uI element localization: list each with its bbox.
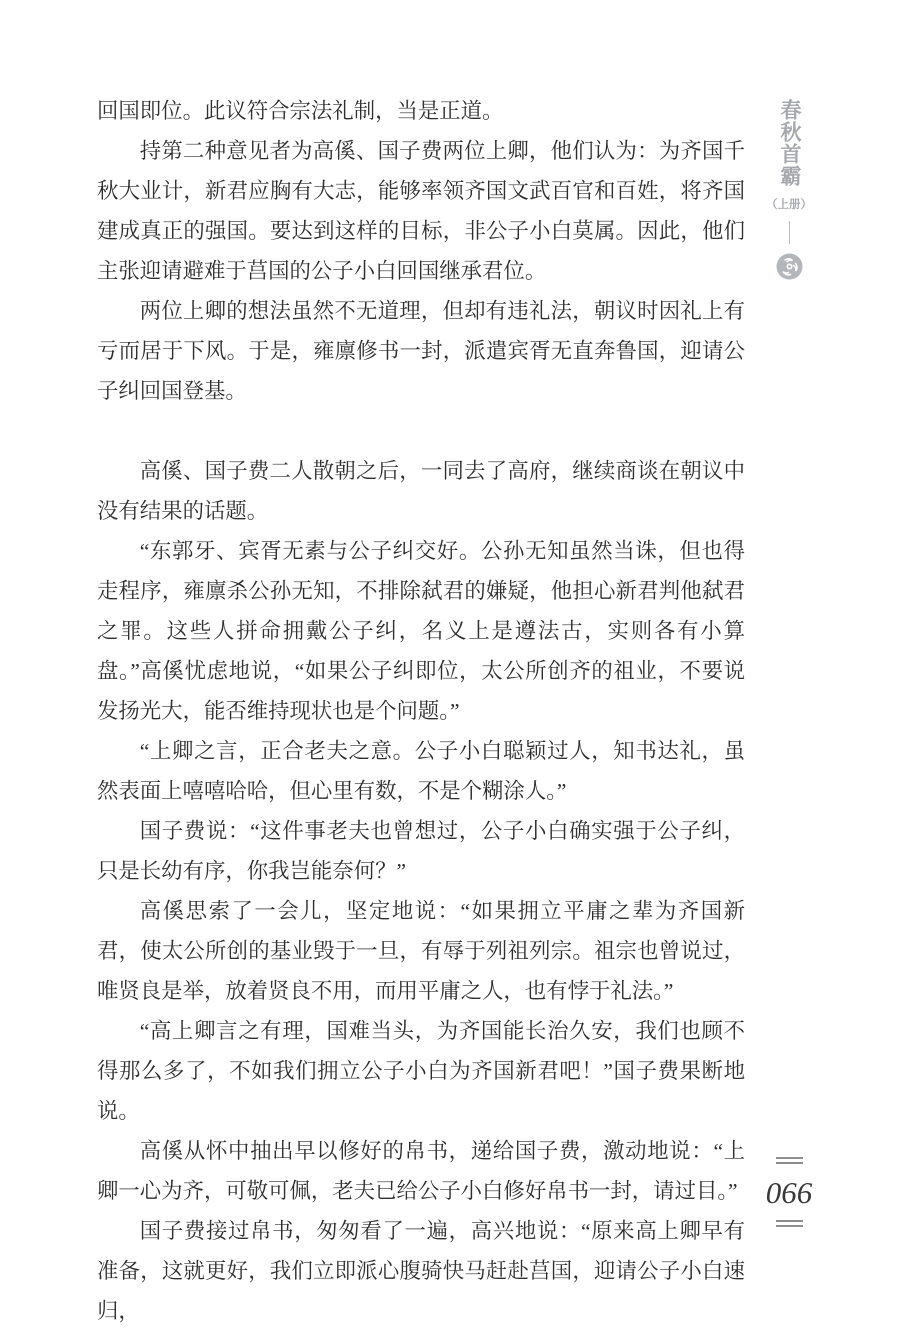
paragraph: 高傒思索了一会儿，坚定地说：“如果拥立平庸之辈为齐国新君，使太公所创的基业毁于一… <box>97 891 745 1011</box>
book-title-vertical: 春秋首霸 <box>774 99 804 187</box>
paragraph: 国子费说：“这件事老夫也曾想过，公子小白确实强于公子纠，只是长幼有序，你我岂能奈… <box>97 811 745 891</box>
folio-rule-bottom <box>776 1220 803 1227</box>
paragraph: 国子费接过帛书，匆匆看了一遍，高兴地说：“原来高上卿早有准备，这就更好，我们立即… <box>97 1211 745 1331</box>
paragraph: 两位上卿的想法虽然不无道理，但却有违礼法，朝议时因礼上有亏而居于下风。于是，雍廪… <box>97 291 745 411</box>
text-block: 回国即位。此议符合宗法礼制，当是正道。持第二种意见者为高傒、国子费两位上卿，他们… <box>97 91 745 1331</box>
folio-rule-top <box>776 1157 803 1164</box>
folio-block: 066 <box>767 1157 811 1227</box>
cloud-swirl-seal-icon <box>776 253 803 280</box>
paragraph: “上卿之言，正合老夫之意。公子小白聪颖过人，知书达礼，虽然表面上嘻嘻哈哈，但心里… <box>97 731 745 811</box>
book-page: 回国即位。此议符合宗法礼制，当是正道。持第二种意见者为高傒、国子费两位上卿，他们… <box>0 0 913 1338</box>
paragraph: “高上卿言之有理，国难当头，为齐国能长治久安，我们也顾不得那么多了，不如我们拥立… <box>97 1011 745 1131</box>
paragraph: 持第二种意见者为高傒、国子费两位上卿，他们认为：为齐国千秋大业计，新君应胸有大志… <box>97 131 745 291</box>
paragraph: 高傒从怀中抽出早以修好的帛书，递给国子费，激动地说：“上卿一心为齐，可敬可佩，老… <box>97 1131 745 1211</box>
volume-label: （上册） <box>766 196 812 212</box>
sidebar-divider <box>789 221 790 244</box>
paragraph: “东郭牙、宾胥无素与公子纠交好。公孙无知虽然当诛，但也得走程序，雍廪杀公孙无知，… <box>97 531 745 731</box>
paragraph: 高傒、国子费二人散朝之后，一同去了高府，继续商谈在朝议中没有结果的话题。 <box>97 451 745 531</box>
page-number: 066 <box>766 1177 813 1208</box>
book-title-sidebar: 春秋首霸 （上册） <box>770 99 808 280</box>
paragraph: 回国即位。此议符合宗法礼制，当是正道。 <box>97 91 745 131</box>
